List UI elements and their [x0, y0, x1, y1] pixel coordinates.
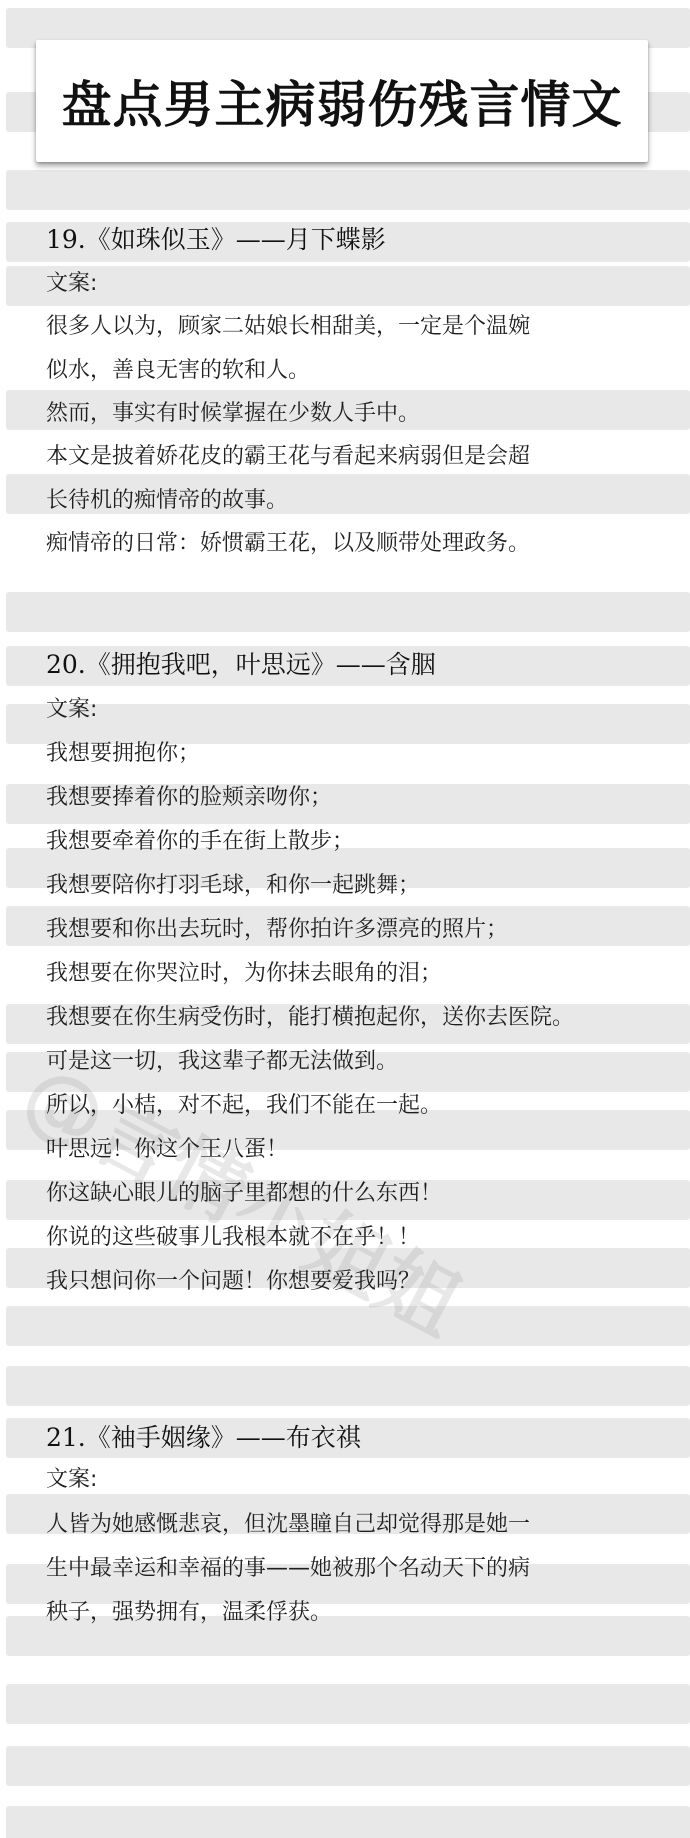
synopsis-line: 我想要拥抱你； [46, 740, 200, 768]
synopsis-line: 很多人以为，顾家二姑娘长相甜美，一定是个温婉 [46, 313, 530, 341]
book-heading: 21.《袖手姻缘》——布衣祺 [46, 1424, 361, 1452]
stripe [6, 170, 690, 210]
synopsis-line: 痴情帝的日常：娇惯霸王花，以及顺带处理政务。 [46, 530, 530, 558]
synopsis-line: 你这缺心眼儿的脑子里都想的什么东西！ [46, 1180, 442, 1208]
stripe [6, 1746, 690, 1786]
synopsis-line: 所以，小桔，对不起，我们不能在一起。 [46, 1092, 442, 1120]
synopsis-line: 叶思远！你这个王八蛋！ [46, 1136, 288, 1164]
synopsis-line: 我想要和你出去玩时，帮你拍许多漂亮的照片； [46, 916, 508, 944]
synopsis-line: 秧子，强势拥有，温柔俘获。 [46, 1599, 332, 1627]
synopsis-line: 我想要捧着你的脸颊亲吻你； [46, 784, 332, 812]
synopsis-line: 生中最幸运和幸福的事——她被那个名动天下的病 [46, 1555, 530, 1583]
page-title: 盘点男主病弱伤残言情文 [62, 65, 623, 137]
synopsis-line: 可是这一切，我这辈子都无法做到。 [46, 1048, 398, 1076]
synopsis-line: 长待机的痴情帝的故事。 [46, 487, 288, 515]
synopsis-line: 人皆为她感慨悲哀，但沈墨瞳自己却觉得那是她一 [46, 1511, 530, 1539]
stripe [6, 266, 690, 306]
synopsis-label: 文案: [46, 1466, 97, 1494]
synopsis-line: 本文是披着娇花皮的霸王花与看起来病弱但是会超 [46, 443, 530, 471]
synopsis-line: 似水，善良无害的软和人。 [46, 357, 310, 385]
synopsis-line: 我想要陪你打羽毛球，和你一起跳舞； [46, 872, 420, 900]
stripe [6, 704, 690, 744]
synopsis-line: 然而，事实有时候掌握在少数人手中。 [46, 400, 420, 428]
title-card: 盘点男主病弱伤残言情文 [36, 40, 648, 162]
stripe [6, 1366, 690, 1406]
stripe [6, 1684, 690, 1724]
stripe [6, 1806, 690, 1838]
synopsis-line: 我想要在你哭泣时，为你抹去眼角的泪； [46, 960, 442, 988]
book-heading: 19.《如珠似玉》——月下蝶影 [46, 226, 386, 254]
synopsis-line: 我想要牵着你的手在街上散步； [46, 828, 354, 856]
stripe [6, 592, 690, 632]
synopsis-label: 文案: [46, 696, 97, 724]
synopsis-line: 我想要在你生病受伤时，能打横抱起你，送你去医院。 [46, 1004, 574, 1032]
synopsis-label: 文案: [46, 270, 97, 298]
synopsis-line: 我只想问你一个问题！你想要爱我吗？ [46, 1268, 420, 1296]
book-heading: 20.《拥抱我吧，叶思远》——含胭 [46, 651, 436, 679]
synopsis-line: 你说的这些破事儿我根本就不在乎！！ [46, 1224, 420, 1252]
